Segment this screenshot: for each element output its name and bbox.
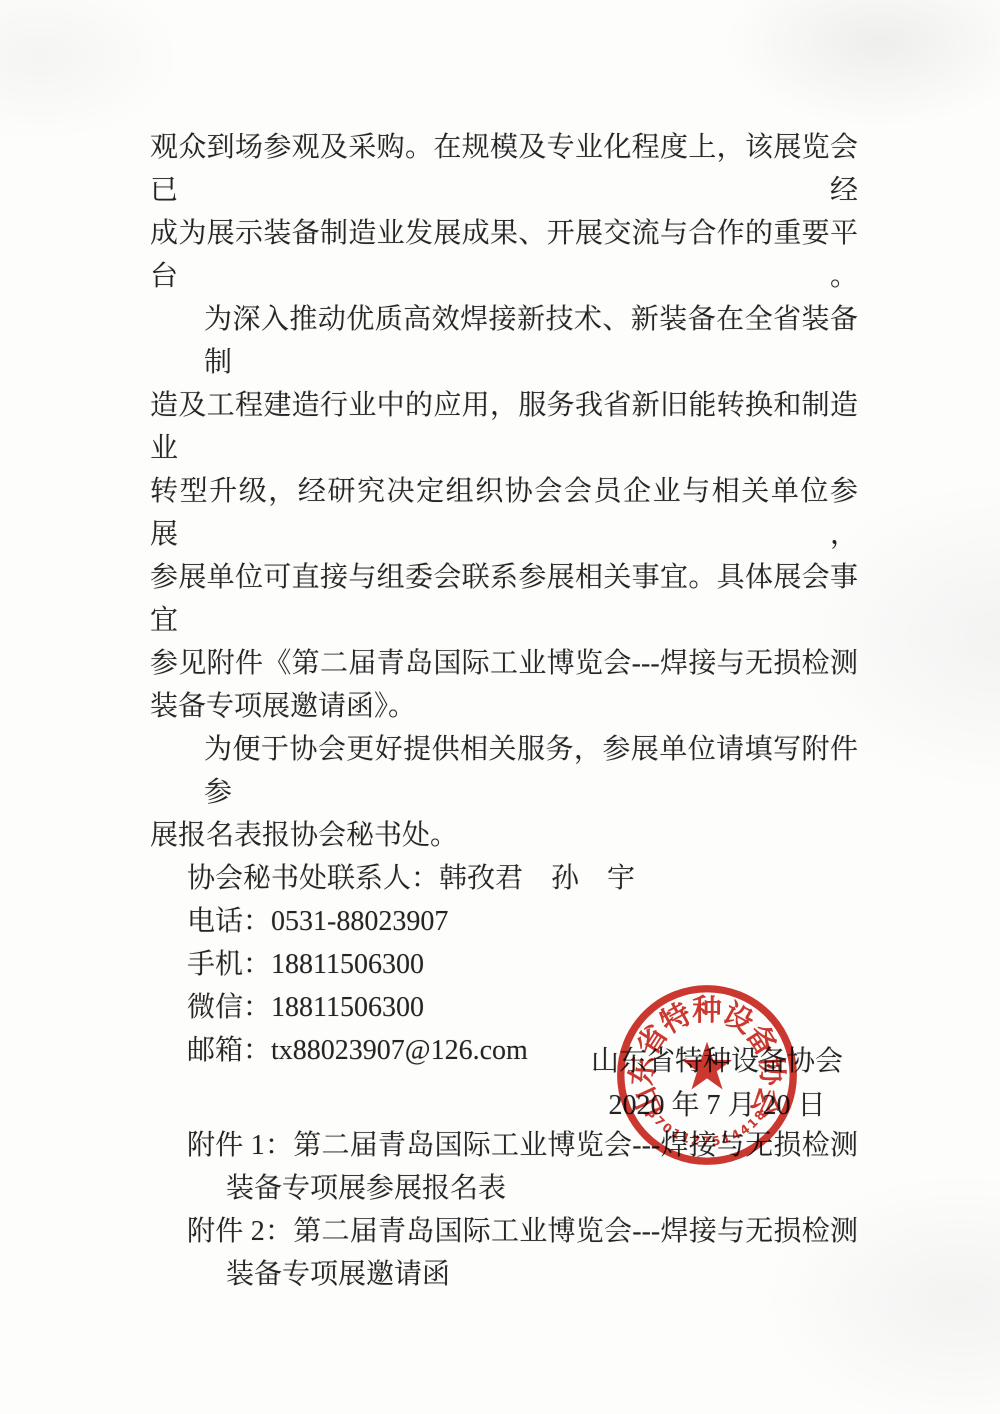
attachment-2-line: 附件 2：第二届青岛国际工业博览会---焊接与无损检测 [150,1210,858,1253]
contact-person-line: 协会秘书处联系人：韩孜君 孙 宇 [150,857,858,900]
seal-arc-char: 种 [692,994,722,1027]
official-seal: 山 东 省 特 种 设 备 协 会 3701127514418 [609,977,805,1173]
body-line: 装备专项展邀请函》。 [150,685,858,728]
document-page: 观众到场参观及采购。在规模及专业化程度上，该展览会已经 成为展示装备制造业发展成… [0,0,1000,1414]
body-line: 成为展示装备制造业发展成果、开展交流与合作的重要平台。 [150,212,858,298]
star-icon [682,1042,732,1090]
attachment-1-line: 装备专项展参展报名表 [150,1167,858,1210]
body-line: 参见附件《第二届青岛国际工业博览会---焊接与无损检测 [150,642,858,685]
contact-phone-line: 电话：0531-88023907 [150,900,858,943]
body-line: 为便于协会更好提供相关服务，参展单位请填写附件参 [150,728,858,814]
body-line: 转型升级，经研究决定组织协会会员企业与相关单位参展， [150,470,858,556]
body-line: 展报名表报协会秘书处。 [150,814,858,857]
body-line: 观众到场参观及采购。在规模及专业化程度上，该展览会已经 [150,126,858,212]
body-line: 为深入推动优质高效焊接新技术、新装备在全省装备制 [150,298,858,384]
body-line: 造及工程建造行业中的应用，服务我省新旧能转换和制造业 [150,384,858,470]
attachment-2-line: 装备专项展邀请函 [150,1253,858,1296]
body-line: 参展单位可直接与组委会联系参展相关事宜。具体展会事宜 [150,556,858,642]
